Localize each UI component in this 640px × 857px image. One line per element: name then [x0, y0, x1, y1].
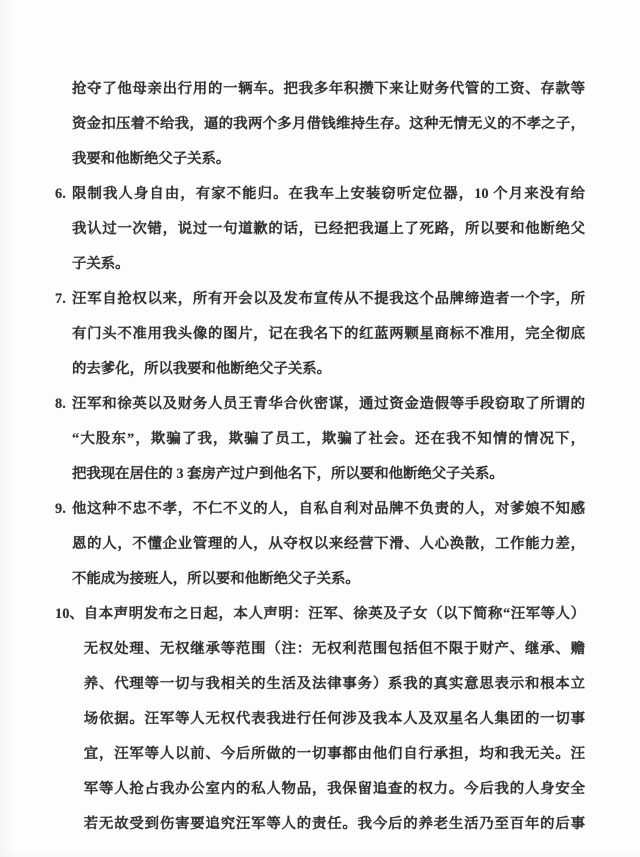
paragraph-lines: 限制我人身自由，有家不能归。在我车上安装窃听定位器，10 个月来没有给我认过一次…: [72, 177, 585, 282]
paragraph: 抢夺了他母亲出行用的一辆车。把我多年积攒下来让财务代管的工资、存款等资金扣压着不…: [55, 72, 585, 177]
text-line: 我认过一次错，说过一句道歉的话，已经把我逼上了死路，所以要和他断绝父: [72, 212, 585, 247]
document-page: 抢夺了他母亲出行用的一辆车。把我多年积攒下来让财务代管的工资、存款等资金扣压着不…: [0, 0, 640, 857]
text-line: 他这种不忠不孝，不仁不义的人，自私自利对品牌不负责的人，对爹娘不知感: [72, 492, 585, 527]
paragraph: 6.限制我人身自由，有家不能归。在我车上安装窃听定位器，10 个月来没有给我认过…: [55, 177, 585, 282]
paragraph-lines: 汪军和徐英以及财务人员王青华合伙密谋，通过资金造假等手段窃取了所谓的“大股东”，…: [72, 387, 585, 492]
paragraph: 9.他这种不忠不孝，不仁不义的人，自私自利对品牌不负责的人，对爹娘不知感恩的人，…: [55, 492, 585, 597]
statement-text-body: 抢夺了他母亲出行用的一辆车。把我多年积攒下来让财务代管的工资、存款等资金扣压着不…: [55, 72, 585, 842]
paragraph: 10、自本声明发布之日起，本人声明：汪军、徐英及子女（以下简称“汪军等人）无权处…: [55, 597, 585, 842]
text-line: 子关系。: [72, 247, 585, 282]
list-number: 6.: [55, 177, 72, 212]
paragraph-lines: 抢夺了他母亲出行用的一辆车。把我多年积攒下来让财务代管的工资、存款等资金扣压着不…: [72, 72, 585, 177]
paragraph-lines: 他这种不忠不孝，不仁不义的人，自私自利对品牌不负责的人，对爹娘不知感恩的人，不懂…: [72, 492, 585, 597]
text-line: 若无故受到伤害要追究汪军等人的责任。我今后的养老生活乃至百年的后事: [84, 807, 585, 842]
text-line: 无权处理、无权继承等范围（注：无权利范围包括但不限于财产、继承、赡: [84, 632, 585, 667]
text-line: 自本声明发布之日起，本人声明：汪军、徐英及子女（以下简称“汪军等人）: [84, 597, 585, 632]
text-line: 场依据。汪军等人无权代表我进行任何涉及我本人及双星名人集团的一切事: [84, 702, 585, 737]
text-line: 有门头不准用我头像的图片，记在我名下的红蓝两颗星商标不准用，完全彻底: [72, 317, 585, 352]
list-number: 7.: [55, 282, 72, 317]
text-line: 不能成为接班人，所以要和他断绝父子关系。: [72, 562, 585, 597]
text-line: 养、代理等一切与我相关的生活及法律事务）系我的真实意思表示和根本立: [84, 667, 585, 702]
list-number: 9.: [55, 492, 72, 527]
text-line: 汪军自抢权以来，所有开会以及发布宣传从不提我这个品牌缔造者一个字，所: [72, 282, 585, 317]
paragraph-lines: 汪军自抢权以来，所有开会以及发布宣传从不提我这个品牌缔造者一个字，所有门头不准用…: [72, 282, 585, 387]
list-number: 10、: [55, 597, 84, 632]
paragraph: 7.汪军自抢权以来，所有开会以及发布宣传从不提我这个品牌缔造者一个字，所有门头不…: [55, 282, 585, 387]
text-line: 把我现在居住的 3 套房产过户到他名下，所以要和他断绝父子关系。: [72, 457, 585, 492]
text-line: 宜，汪军等人以前、今后所做的一切事都由他们自行承担，均和我无关。汪: [84, 737, 585, 772]
text-line: 资金扣压着不给我，逼的我两个多月借钱维持生存。这种无情无义的不孝之子，: [72, 107, 585, 142]
text-line: 我要和他断绝父子关系。: [72, 142, 585, 177]
text-line: 汪军和徐英以及财务人员王青华合伙密谋，通过资金造假等手段窃取了所谓的: [72, 387, 585, 422]
paragraph-lines: 自本声明发布之日起，本人声明：汪军、徐英及子女（以下简称“汪军等人）无权处理、无…: [84, 597, 585, 842]
text-line: 恩的人，不懂企业管理的人，从夺权以来经营下滑、人心涣散，工作能力差，: [72, 527, 585, 562]
text-line: 军等人抢占我办公室内的私人物品，我保留追查的权力。今后我的人身安全: [84, 772, 585, 807]
paragraph: 8.汪军和徐英以及财务人员王青华合伙密谋，通过资金造假等手段窃取了所谓的“大股东…: [55, 387, 585, 492]
text-line: 的去爹化，所以我要和他断绝父子关系。: [72, 352, 585, 387]
text-line: “大股东”，欺骗了我，欺骗了员工，欺骗了社会。还在我不知情的情况下，: [72, 422, 585, 457]
text-line: 限制我人身自由，有家不能归。在我车上安装窃听定位器，10 个月来没有给: [72, 177, 585, 212]
list-number: 8.: [55, 387, 72, 422]
text-line: 抢夺了他母亲出行用的一辆车。把我多年积攒下来让财务代管的工资、存款等: [72, 72, 585, 107]
